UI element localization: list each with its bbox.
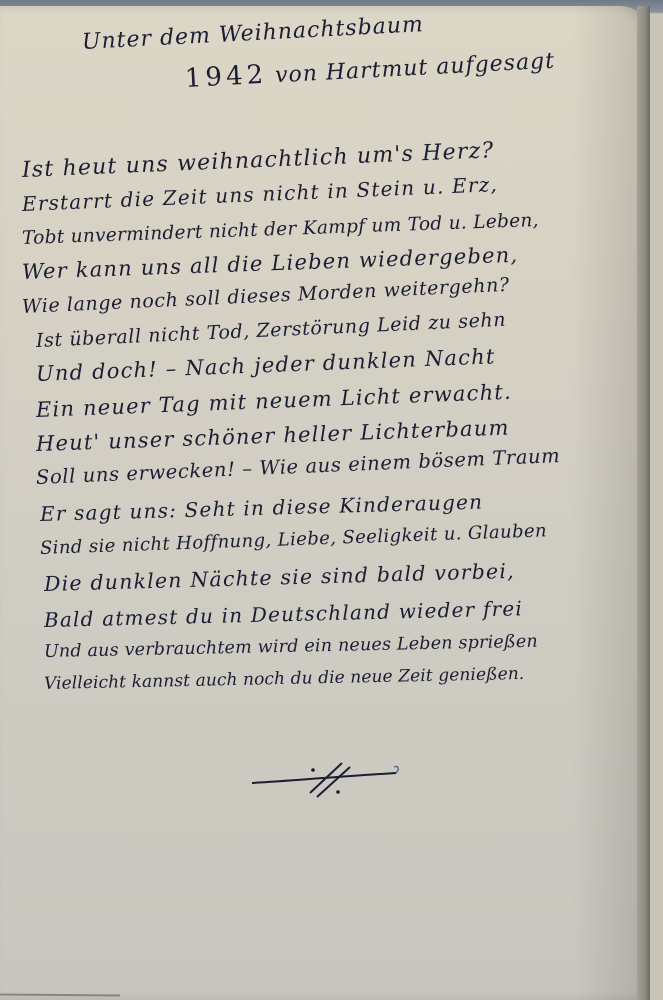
- verse-line: Tobt unvermindert nicht der Kampf um Tod…: [22, 210, 540, 249]
- signature-mark: [250, 755, 400, 805]
- verse-line: Und aus verbrauchtem wird ein neues Lebe…: [44, 632, 538, 662]
- verse-line: Er sagt uns: Seht in diese Kinderaugen: [40, 490, 484, 526]
- verse-line: Ein neuer Tag mit neuem Licht erwacht.: [36, 380, 513, 422]
- verse-line: Und doch! – Nach jeder dunklen Nacht: [36, 344, 496, 386]
- verse-line: Ist überall nicht Tod, Zerstörung Leid z…: [36, 309, 507, 352]
- signature-h-icon: [250, 755, 400, 805]
- verse-line: Bald atmest du in Deutschland wieder fre…: [44, 596, 524, 632]
- verse-line: Die dunklen Nächte sie sind bald vorbei,: [44, 559, 515, 596]
- verse-line: Vielleicht kannst auch noch du die neue …: [44, 664, 525, 694]
- verse-line: Sind sie nicht Hoffnung, Liebe, Seeligke…: [40, 520, 548, 559]
- poem-body: Ist heut uns weihnachtlich um's Herz? Er…: [0, 0, 663, 1000]
